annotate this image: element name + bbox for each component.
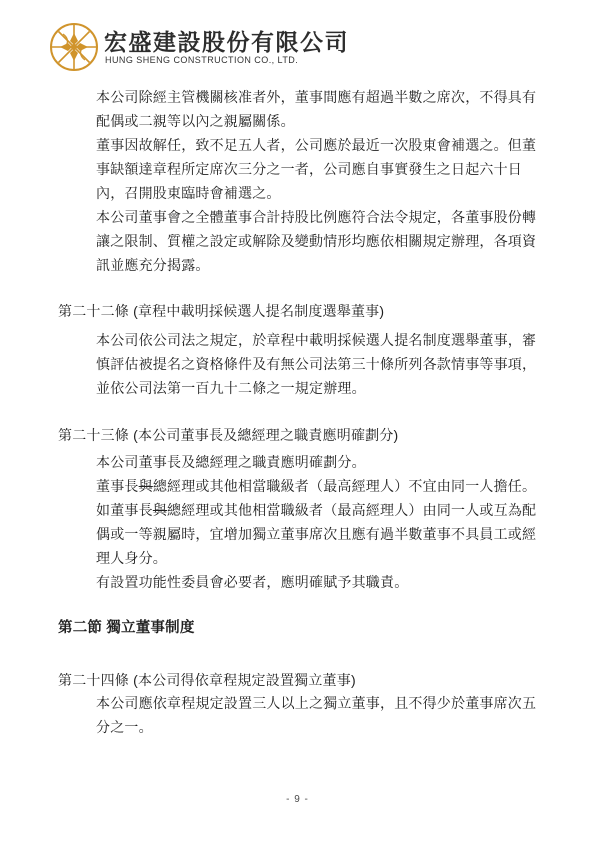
section-2-heading: 第二節 獨立董事制度 (58, 616, 195, 640)
article-22-heading: 第二十二條 (章程中載明採候選人提名制度選舉董事) (58, 299, 384, 323)
page-number: - 9 - (0, 794, 595, 805)
text-line: 本公司董事會之全體董事合計持股比例應符合法令規定，各董事股份轉 (96, 205, 536, 229)
text-line: 如董事長與總經理或其他相當職級者（最高經理人）由同一人或互為配 (96, 498, 536, 522)
document-page: 宏盛建設股份有限公司 HUNG SHENG CONSTRUCTION CO., … (0, 0, 595, 842)
text-line: 有設置功能性委員會必要者，應明確賦予其職責。 (96, 570, 536, 594)
text-line: 偶或一等親屬時，宜增加獨立董事席次且應有過半數董事不具員工或經 (96, 522, 536, 546)
text-line: 本公司除經主管機關核准者外，董事間應有超過半數之席次，不得具有 (96, 85, 536, 109)
article-23-heading: 第二十三條 (本公司董事長及總經理之職責應明確劃分) (58, 423, 398, 447)
text-line: 董事長與總經理或其他相當職級者（最高經理人）不宜由同一人擔任。 (96, 474, 536, 498)
intro-paragraphs: 本公司除經主管機關核准者外，董事間應有超過半數之席次，不得具有 配偶或二親等以內… (96, 85, 536, 277)
text-line: 事缺額達章程所定席次三分之一者，公司應自事實發生之日起六十日 (96, 157, 536, 181)
text-line: 董事因故解任，致不足五人者，公司應於最近一次股東會補選之。但董 (96, 133, 536, 157)
text-line: 訊並應充分揭露。 (96, 253, 536, 277)
company-logo-icon (48, 21, 100, 73)
company-letterhead: 宏盛建設股份有限公司 HUNG SHENG CONSTRUCTION CO., … (0, 0, 595, 80)
text-line: 本公司董事長及總經理之職責應明確劃分。 (96, 450, 536, 474)
struck-text: 與 (153, 502, 167, 518)
text-line: 本公司依公司法之規定，於章程中載明採候選人提名制度選舉董事，審 (96, 328, 536, 352)
struck-text: 與 (139, 478, 153, 494)
text-line: 本公司應依章程規定設置三人以上之獨立董事，且不得少於董事席次五 (96, 691, 536, 715)
text-line: 理人身分。 (96, 546, 536, 570)
text-line: 並依公司法第一百九十二條之一規定辦理。 (96, 376, 536, 400)
company-name-chinese: 宏盛建設股份有限公司 (104, 24, 349, 57)
article-22-body: 本公司依公司法之規定，於章程中載明採候選人提名制度選舉董事，審 慎評估被提名之資… (96, 328, 536, 400)
article-23-body: 本公司董事長及總經理之職責應明確劃分。 董事長與總經理或其他相當職級者（最高經理… (96, 450, 536, 594)
article-24-body: 本公司應依章程規定設置三人以上之獨立董事，且不得少於董事席次五 分之一。 (96, 691, 536, 739)
article-24-heading: 第二十四條 (本公司得依章程規定設置獨立董事) (58, 668, 356, 692)
text-line: 讓之限制、質權之設定或解除及變動情形均應依相關規定辦理，各項資 (96, 229, 536, 253)
text-line: 慎評估被提名之資格條件及有無公司法第三十條所列各款情事等事項， (96, 352, 536, 376)
company-name-english: HUNG SHENG CONSTRUCTION CO., LTD. (105, 55, 298, 65)
text-line: 配偶或二親等以內之親屬關係。 (96, 109, 536, 133)
text-line: 分之一。 (96, 715, 536, 739)
text-line: 內，召開股東臨時會補選之。 (96, 181, 536, 205)
